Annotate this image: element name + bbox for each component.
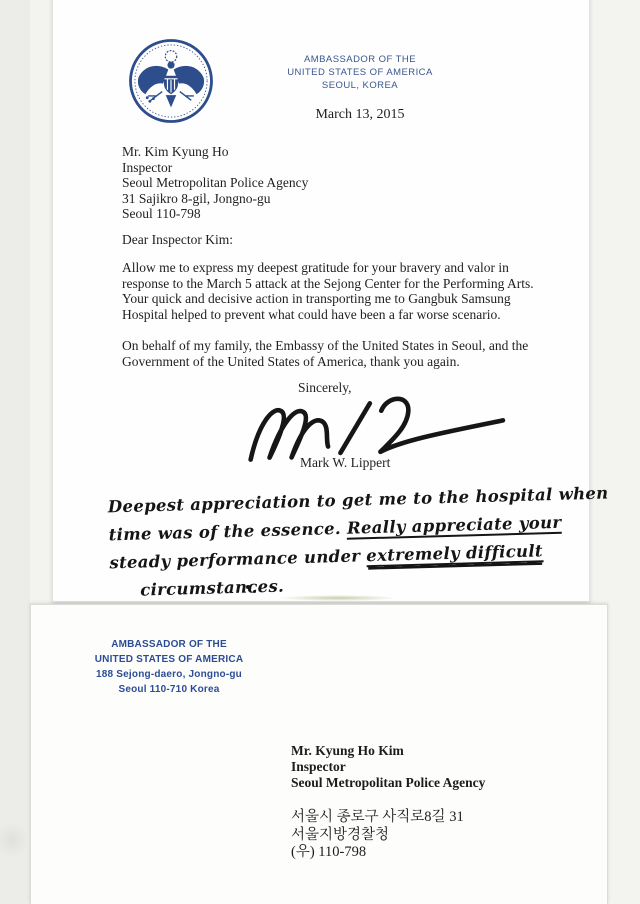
scan-smudge — [278, 595, 398, 601]
handwritten-note: Deepest appreciation to get me to the ho… — [108, 481, 571, 606]
body-paragraph-1: Allow me to express my deepest gratitude… — [122, 260, 550, 322]
recipient-address: Mr. Kim Kyung Ho Inspector Seoul Metropo… — [122, 144, 308, 222]
envelope-recipient-line: Inspector — [291, 759, 485, 775]
envelope-recipient-line: Mr. Kyung Ho Kim — [291, 743, 485, 759]
return-address-line: UNITED STATES OF AMERICA — [71, 652, 267, 667]
body-paragraph-2: On behalf of my family, the Embassy of t… — [122, 338, 550, 369]
return-address-line: Seoul 110-710 Korea — [71, 682, 267, 697]
envelope-recipient-line: (우) 110-798 — [291, 844, 464, 862]
envelope: AMBASSADOR OF THE UNITED STATES OF AMERI… — [30, 604, 608, 904]
great-seal-icon — [127, 37, 215, 125]
recipient-line: Mr. Kim Kyung Ho — [122, 144, 308, 160]
handwritten-text: steady performance under — [109, 546, 366, 572]
return-address-line: 188 Sejong-daero, Jongno-gu — [71, 667, 267, 682]
handwritten-underlined-text: extremely difficult — [366, 541, 543, 567]
handwritten-underlined-text: Really appreciate your — [347, 513, 562, 540]
letterhead-line: SEOUL, KOREA — [275, 79, 445, 92]
envelope-recipient-english: Mr. Kyung Ho Kim Inspector Seoul Metropo… — [291, 743, 485, 791]
handwritten-text: time was of the essence. — [108, 519, 347, 545]
envelope-recipient-line: Seoul Metropolitan Police Agency — [291, 775, 485, 791]
letterhead: AMBASSADOR OF THE UNITED STATES OF AMERI… — [275, 53, 445, 92]
ink-speck — [253, 590, 256, 593]
envelope-recipient-line: 서울지방경찰청 — [291, 827, 464, 845]
recipient-line: 31 Sajikro 8-gil, Jongno-gu — [122, 191, 308, 207]
letter-page: AMBASSADOR OF THE UNITED STATES OF AMERI… — [52, 0, 590, 602]
letterhead-line: AMBASSADOR OF THE — [275, 53, 445, 66]
letter-date: March 13, 2015 — [275, 107, 445, 123]
envelope-return-address: AMBASSADOR OF THE UNITED STATES OF AMERI… — [71, 637, 267, 697]
recipient-line: Inspector — [122, 160, 308, 176]
recipient-line: Seoul Metropolitan Police Agency — [122, 175, 308, 191]
recipient-line: Seoul 110-798 — [122, 206, 308, 222]
signer-name: Mark W. Lippert — [300, 455, 390, 471]
envelope-recipient-line: 서울시 종로구 사직로8길 31 — [291, 809, 464, 827]
letterhead-line: UNITED STATES OF AMERICA — [275, 66, 445, 79]
ink-speck — [246, 585, 250, 589]
return-address-line: AMBASSADOR OF THE — [71, 637, 267, 652]
envelope-recipient-korean: 서울시 종로구 사직로8길 31 서울지방경찰청 (우) 110-798 — [291, 809, 464, 862]
salutation: Dear Inspector Kim: — [122, 232, 233, 248]
